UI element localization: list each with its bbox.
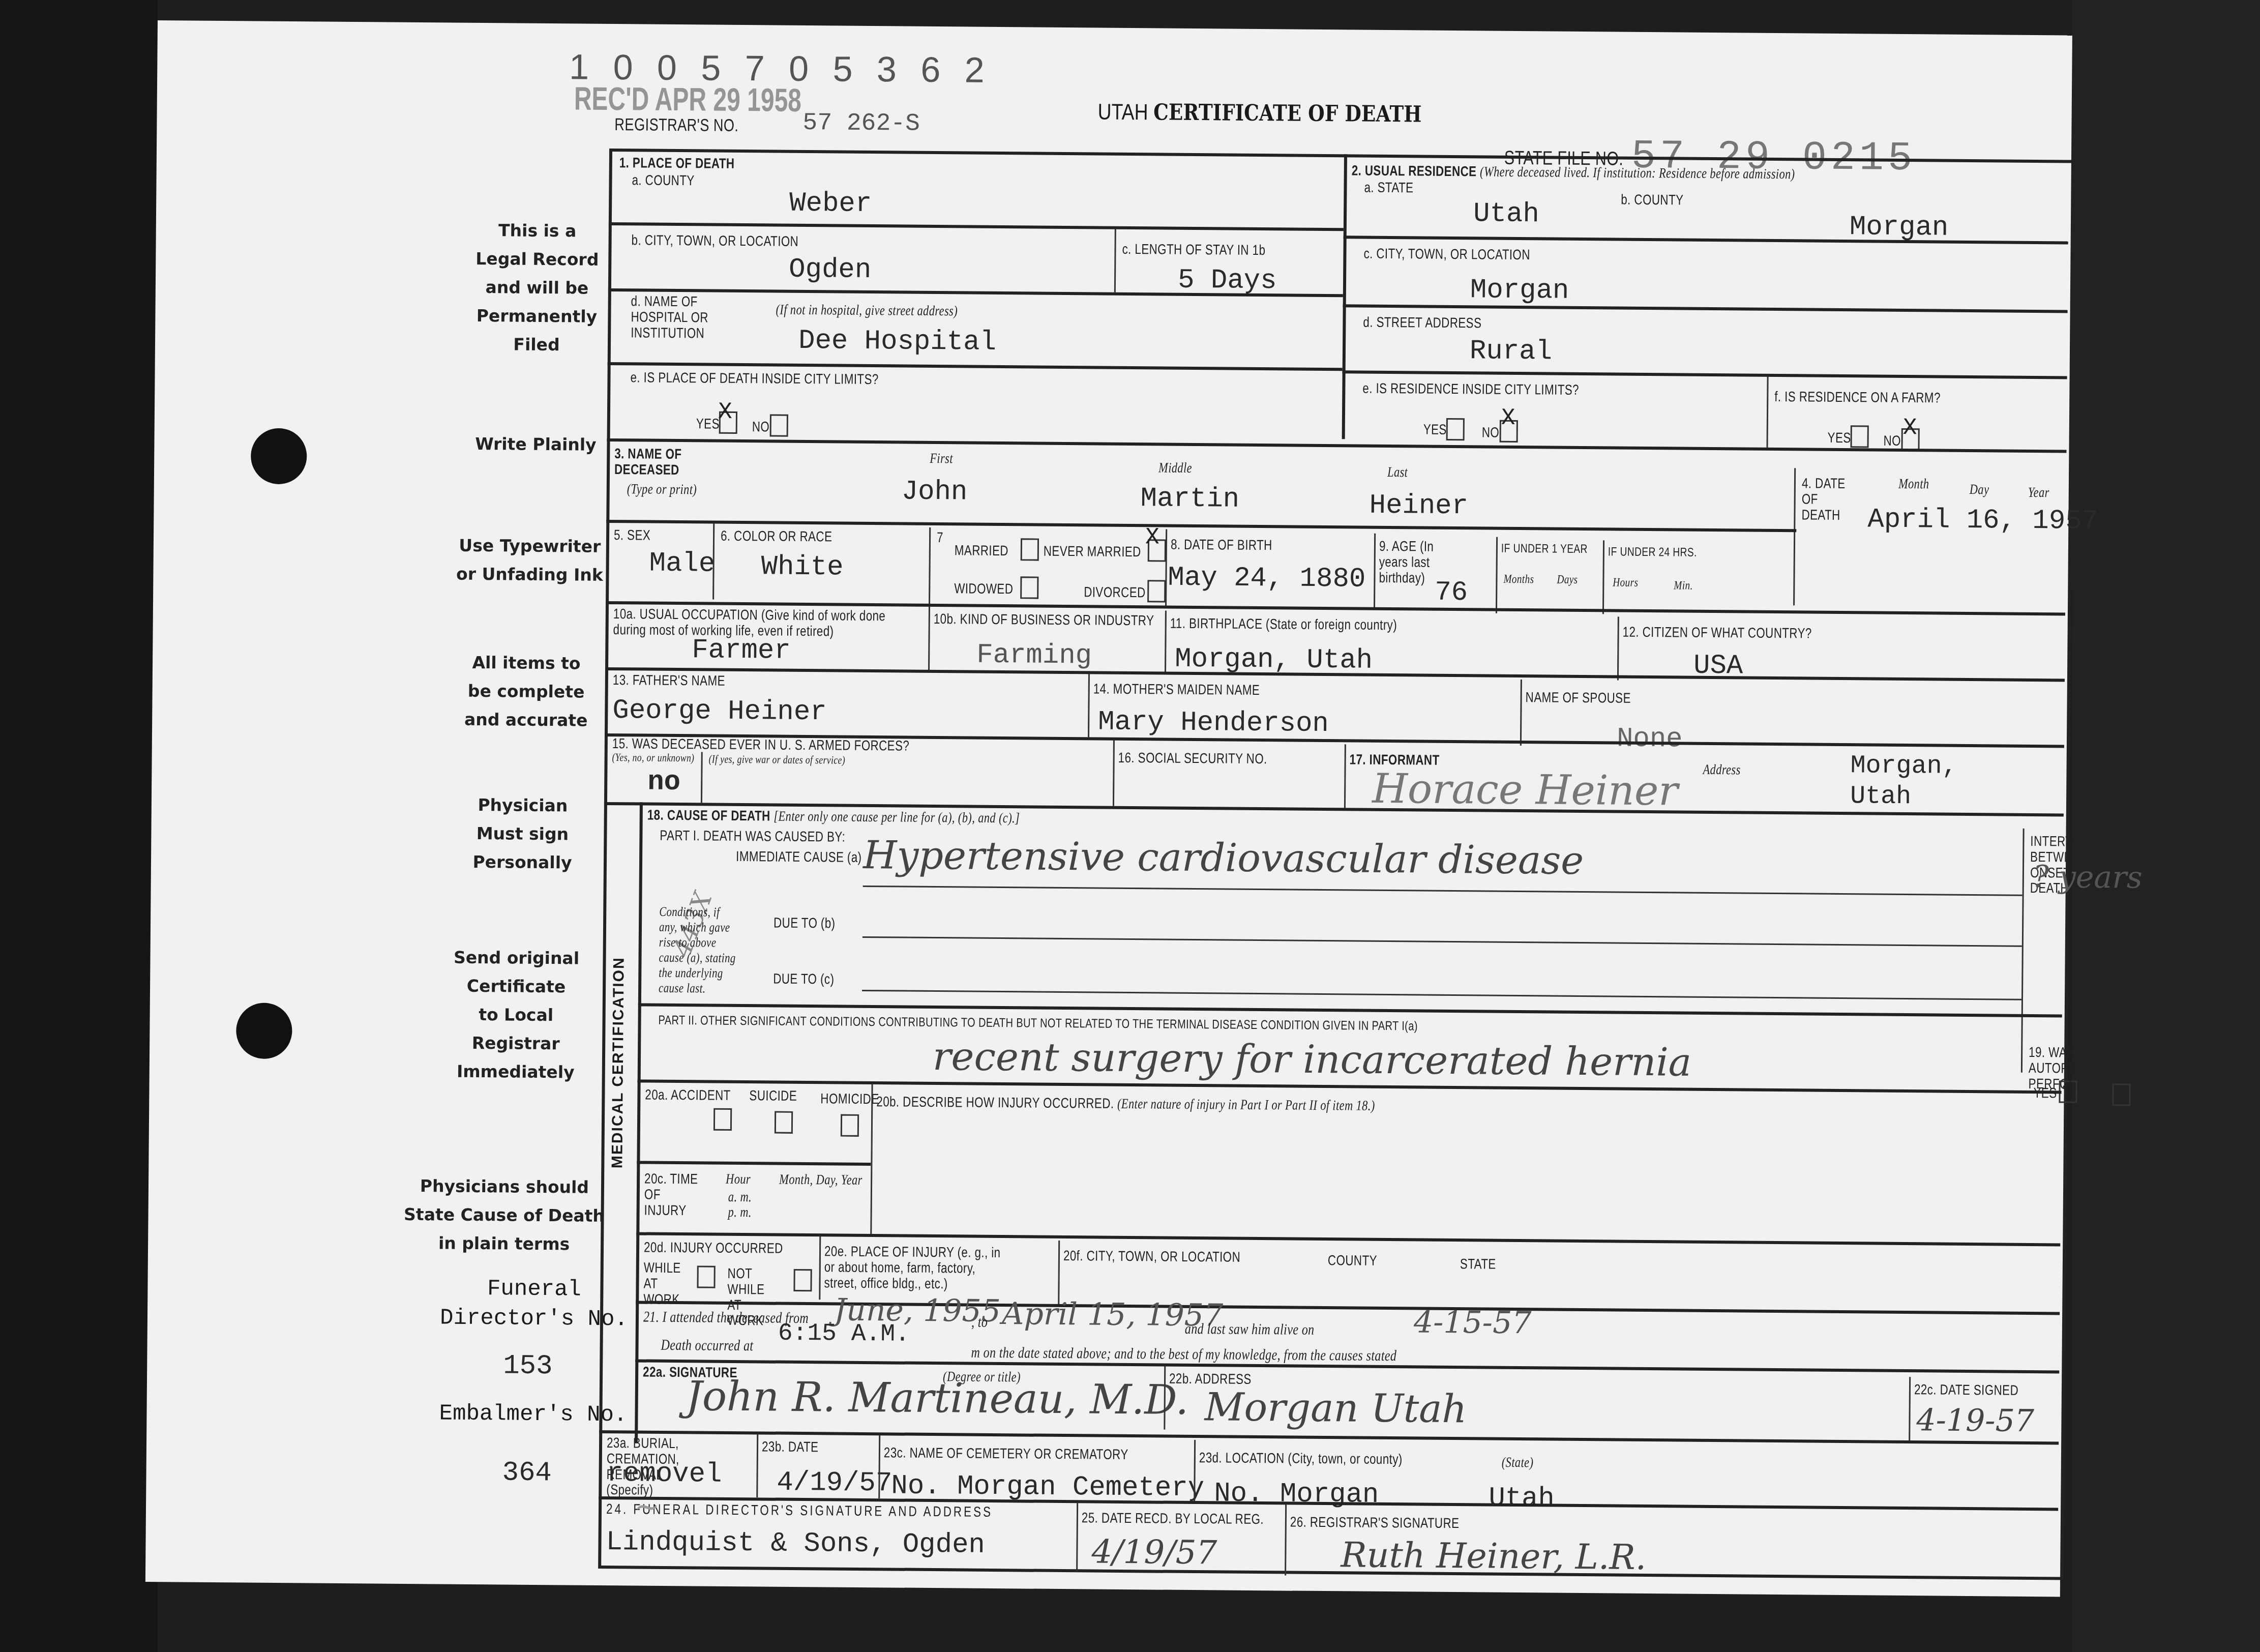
middle-label: Middle: [1158, 460, 1192, 476]
residence-street: Rural: [1470, 336, 1553, 367]
farm-yes-label: YES: [1828, 430, 1851, 446]
place-of-death-label: 1. PLACE OF DEATH: [619, 155, 735, 172]
date-signed-label: 22c. DATE SIGNED: [1914, 1382, 2018, 1398]
death-city-limits-yes-label: YES: [696, 416, 720, 432]
farm-label: f. IS RESIDENCE ON A FARM?: [1774, 389, 1941, 406]
burial-state: Utah: [1489, 1483, 1555, 1515]
armed-forces-hint-2: (If yes, give war or dates of service): [709, 753, 846, 766]
armed-forces-hint-1: (Yes, no, or unknown): [612, 751, 695, 764]
death-time: 6:15 A.M.: [778, 1320, 910, 1348]
sidebar-note-complete: All items to be complete and accurate: [419, 648, 633, 735]
spouse-name: None: [1617, 724, 1683, 755]
widowed-checkbox[interactable]: [1020, 576, 1038, 599]
injury-city-label: 20f. CITY, TOWN, OR LOCATION: [1063, 1248, 1240, 1265]
farm-no-label: NO: [1883, 433, 1901, 449]
first-name: John: [902, 477, 968, 508]
armed-forces: no: [647, 767, 680, 799]
spouse-label: NAME OF SPOUSE: [1526, 690, 1631, 706]
under-24-hrs-label: IF UNDER 24 HRS.: [1608, 545, 1697, 559]
residence-state-label: a. STATE: [1364, 180, 1413, 196]
citizen-label: 12. CITIZEN OF WHAT COUNTRY?: [1623, 625, 1812, 642]
autopsy-no-checkbox[interactable]: [2112, 1083, 2130, 1106]
to-label: , to: [971, 1314, 988, 1331]
race: White: [761, 551, 844, 583]
x-mark-icon: X: [718, 399, 732, 425]
last-saw-date: 4-15-57: [1414, 1304, 1532, 1341]
married-label: MARRIED: [955, 543, 1008, 559]
immediate-cause: Hypertensive cardiovascular disease: [863, 832, 1584, 883]
due-to-b-label: DUE TO (b): [774, 916, 836, 932]
injury-state-label: STATE: [1460, 1256, 1496, 1272]
registrar-signature-label: 26. REGISTRAR'S SIGNATURE: [1290, 1515, 1460, 1531]
hospital-label: d. NAME OF HOSPITAL OR INSTITUTION: [631, 293, 729, 341]
registrars-no-label: REGISTRAR'S NO.: [614, 115, 738, 135]
age: 76: [1435, 577, 1468, 609]
funeral-director-label: 24. FUNERAL DIRECTOR'S SIGNATURE AND ADD…: [606, 1501, 993, 1520]
medical-certification-label: MEDICAL CERTIFICATION: [609, 957, 628, 1168]
scan-background-right: [2072, 0, 2260, 1652]
sex: Male: [649, 548, 715, 580]
burial-type: removel: [606, 1458, 722, 1490]
deceased-name-hint: (Type or print): [627, 482, 697, 498]
day-label: Day: [1970, 482, 1989, 498]
date-of-death: April 16, 1957: [1867, 504, 2098, 537]
mother-name: Mary Henderson: [1098, 707, 1329, 740]
under-1-year-label: IF UNDER 1 YEAR: [1501, 542, 1588, 556]
race-label: 6. COLOR OR RACE: [721, 528, 832, 545]
mother-label: 14. MOTHER'S MAIDEN NAME: [1093, 681, 1260, 698]
sidebar-note-send-original: Send original Certificate to Local Regis…: [409, 943, 623, 1087]
suicide-checkbox[interactable]: [775, 1111, 793, 1134]
check-mark-icon: ✓: [2061, 1073, 2073, 1098]
divorced-label: DIVORCED: [1084, 584, 1146, 601]
industry: Farming: [976, 640, 1092, 672]
accident-checkbox[interactable]: [713, 1108, 732, 1131]
residence-state: Utah: [1473, 198, 1539, 230]
sidebar-note-physician-sign: Physician Must sign Personally: [415, 790, 630, 877]
immediate-cause-label: IMMEDIATE CAUSE (a): [736, 849, 862, 866]
date-signed: 4-19-57: [1916, 1402, 2034, 1439]
ssn-label: 16. SOCIAL SECURITY NO.: [1118, 750, 1267, 767]
informant-address: Morgan, Utah: [1850, 751, 2003, 813]
length-of-stay: 5 Days: [1178, 265, 1277, 297]
county-label: a. COUNTY: [632, 172, 694, 189]
death-city-limits-label: e. IS PLACE OF DEATH INSIDE CITY LIMITS?: [630, 370, 878, 388]
stay-label: c. LENGTH OF STAY IN 1b: [1122, 242, 1265, 258]
last-name: Heiner: [1369, 490, 1468, 522]
while-at-work-label: WHILE AT WORK: [643, 1260, 685, 1308]
married-checkbox[interactable]: [1021, 538, 1039, 560]
residence-city: Morgan: [1470, 275, 1569, 307]
farm-yes-checkbox[interactable]: [1851, 425, 1869, 448]
last-label: Last: [1387, 465, 1408, 481]
funeral-director-signature: ~: [634, 1489, 660, 1524]
homicide-checkbox[interactable]: [841, 1114, 859, 1137]
certificate-title: UTAH CERTIFICATE OF DEATH: [1097, 99, 1421, 128]
date-of-birth-label: 8. DATE OF BIRTH: [1171, 537, 1272, 553]
hour-label: Hour: [726, 1172, 751, 1188]
father-label: 13. FATHER'S NAME: [613, 672, 725, 689]
date-received: 4/19/57: [1091, 1533, 1217, 1572]
days-label: Days: [1557, 573, 1578, 587]
statement-text: m on the date stated above; and to the b…: [971, 1344, 1396, 1365]
x-mark-icon: X: [1145, 524, 1159, 550]
received-stamp: REC'D APR 29 1958: [574, 79, 802, 119]
father-name: George Heiner: [612, 695, 827, 728]
funeral-director-address: Lindquist & Sons, Ogden: [606, 1527, 985, 1561]
death-city-limits-no-checkbox[interactable]: [770, 414, 788, 436]
marital-label: 7: [937, 530, 943, 546]
date-received-label: 25. DATE RECD. BY LOCAL REG.: [1082, 1510, 1264, 1527]
months-label: Months: [1503, 573, 1534, 586]
accident-label: 20a. ACCIDENT: [645, 1087, 731, 1104]
street-label: d. STREET ADDRESS: [1363, 315, 1481, 332]
death-city: Ogden: [789, 254, 872, 286]
occupation-label: 10a. USUAL OCCUPATION (Give kind of work…: [613, 606, 894, 640]
homicide-label: HOMICIDE: [820, 1091, 879, 1107]
registrar-signature: Ruth Heiner, L.R.: [1341, 1535, 1647, 1578]
physician-address: Morgan Utah: [1204, 1384, 1467, 1431]
part2-conditions: recent surgery for incarcerated hernia: [933, 1034, 1692, 1085]
middle-name: Martin: [1140, 483, 1239, 515]
embalmer-no: 364: [502, 1457, 552, 1489]
sidebar-note-typewriter: Use Typewriter or Unfading Ink: [423, 531, 637, 589]
widowed-label: WIDOWED: [954, 581, 1013, 597]
am-label: a. m.: [728, 1190, 752, 1205]
residence-city-label: c. CITY, TOWN, OR LOCATION: [1363, 246, 1530, 263]
death-county: Weber: [789, 188, 872, 220]
punch-hole-top: [251, 428, 307, 484]
occupation: Farmer: [692, 635, 791, 667]
interval-value: ? years: [2033, 859, 2143, 896]
x-mark-icon: X: [1903, 415, 1917, 441]
min-label: Min.: [1674, 579, 1693, 593]
mdy-label: Month, Day, Year: [779, 1172, 863, 1189]
death-city-limits-no-label: NO: [752, 419, 770, 435]
month-label: Month: [1898, 477, 1929, 492]
pm-label: p. m.: [728, 1205, 752, 1221]
informant-signature: Horace Heiner: [1372, 765, 1678, 815]
city-label: b. CITY, TOWN, OR LOCATION: [632, 232, 799, 249]
industry-label: 10b. KIND OF BUSINESS OR INDUSTRY: [934, 611, 1154, 629]
residence-city-limits-yes-label: YES: [1423, 422, 1447, 438]
sidebar-note-cause-plain: Physicians should State Cause of Death i…: [397, 1172, 611, 1259]
while-at-work-checkbox[interactable]: [697, 1265, 715, 1288]
year-label: Year: [2028, 485, 2049, 501]
residence-city-limits-no-label: NO: [1482, 425, 1500, 440]
conditions-label: Conditions, if any, which gave rise to a…: [659, 904, 740, 996]
injury-county-label: COUNTY: [1328, 1253, 1377, 1269]
never-married-label: NEVER MARRIED: [1044, 544, 1141, 560]
death-at-label: Death occurred at: [661, 1337, 753, 1354]
divorced-checkbox[interactable]: [1147, 580, 1166, 602]
hospital-name: Dee Hospital: [798, 326, 996, 358]
funeral-director-no: 153: [503, 1350, 553, 1382]
cemetery-label: 23c. NAME OF CEMETERY OR CREMATORY: [884, 1445, 1128, 1463]
burial-state-label: (State): [1502, 1455, 1534, 1471]
suicide-label: SUICIDE: [749, 1088, 797, 1104]
burial-location-label: 23d. LOCATION (City, town, or county): [1199, 1450, 1403, 1467]
due-to-c-label: DUE TO (c): [773, 971, 834, 988]
autopsy-no-label: NO: [2092, 1088, 2109, 1104]
not-while-at-work-checkbox[interactable]: [793, 1269, 812, 1291]
burial-date-label: 23b. DATE: [762, 1439, 819, 1455]
death-certificate: 1 0 0 5 7 0 5 3 6 2 REC'D APR 29 1958 RE…: [145, 20, 2072, 1597]
burial-location: No. Morgan: [1214, 1478, 1379, 1511]
sex-label: 5. SEX: [614, 527, 650, 543]
first-label: First: [930, 451, 953, 467]
cause-of-death-label: 18. CAUSE OF DEATH [Enter only one cause…: [647, 808, 1020, 827]
residence-county: Morgan: [1850, 212, 1949, 244]
hospital-hint: (If not in hospital, give street address…: [776, 303, 958, 320]
place-of-injury-label: 20e. PLACE OF INJURY (e. g., in or about…: [824, 1244, 1012, 1292]
registrars-no: 57 262-S: [802, 109, 920, 138]
title-prefix: UTAH: [1097, 100, 1148, 125]
date-of-death-label: 4. DATE OF DEATH: [1801, 476, 1851, 523]
punch-hole-bottom: [236, 1002, 292, 1059]
hours-label: Hours: [1613, 576, 1638, 590]
last-saw-label: and last saw him alive on: [1185, 1320, 1315, 1338]
scan-background-left: [0, 0, 158, 1652]
physician-signature: John R. Martineau, M.D.: [686, 1372, 1188, 1424]
informant-address-label: Address: [1703, 762, 1740, 778]
residence-city-limits-yes-checkbox[interactable]: [1446, 418, 1465, 440]
residence-city-limits-label: e. IS RESIDENCE INSIDE CITY LIMITS?: [1362, 381, 1579, 398]
birthplace: Morgan, Utah: [1175, 644, 1373, 676]
part1-label: PART I. DEATH WAS CAUSED BY:: [660, 828, 845, 845]
title-main: CERTIFICATE OF DEATH: [1153, 99, 1422, 127]
residence-county-label: b. COUNTY: [1621, 192, 1683, 209]
date-of-birth: May 24, 1880: [1168, 563, 1365, 595]
x-mark-icon: X: [1501, 405, 1515, 431]
birthplace-label: 11. BIRTHPLACE (State or foreign country…: [1170, 616, 1397, 633]
injury-occurred-label: 20d. INJURY OCCURRED: [644, 1240, 783, 1257]
time-of-injury-label: 20c. TIME OF INJURY: [644, 1171, 702, 1219]
burial-date: 4/19/57: [777, 1467, 892, 1499]
deceased-name-label: 3. NAME OF DECEASED: [614, 446, 704, 478]
